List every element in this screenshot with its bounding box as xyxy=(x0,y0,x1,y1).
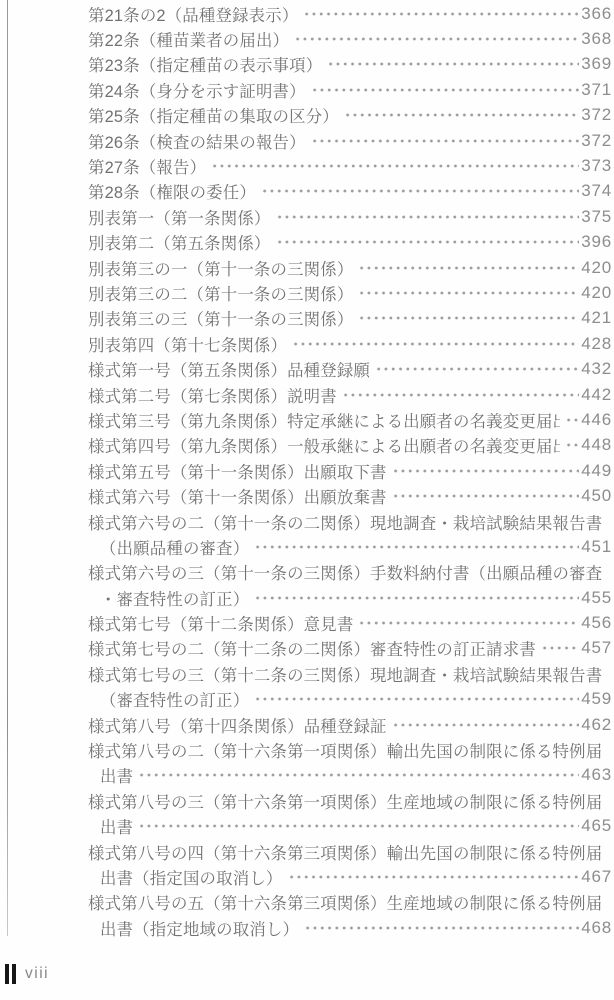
toc-entry-text: 出書 xyxy=(100,814,133,838)
toc-entry-text: 出書（指定国の取消し） xyxy=(100,865,283,889)
toc-entry: 別表第一（第一条関係）375 xyxy=(0,204,612,229)
toc-entry: 様式第六号の二（第十一条の二関係）現地調査・栽培試験結果報告書 xyxy=(0,509,612,534)
toc-page-number: 468 xyxy=(581,918,612,938)
toc-entry-text: 第27条（報告） xyxy=(88,154,206,178)
dot-leader xyxy=(138,814,579,839)
toc-entry-text: 様式第三号（第九条関係）特定承継による出願者の名義変更届出書 xyxy=(88,408,560,432)
toc-entry-text: 様式第八号の四（第十六条第三項関係）輸出先国の制限に係る特例届 xyxy=(88,840,602,864)
toc-entry: 第28条（権限の委任）374 xyxy=(0,179,612,204)
toc-entry: 様式第八号の五（第十六条第三項関係）生産地域の制限に係る特例届 xyxy=(0,890,612,915)
toc-page-number: 450 xyxy=(581,486,612,506)
toc-entry-text: （出願品種の審査） xyxy=(100,535,249,559)
toc-page-number: 462 xyxy=(581,715,612,735)
toc-entry-text: 様式第七号の三（第十二条の三関係）現地調査・栽培試験結果報告書 xyxy=(88,662,602,686)
toc-entry: 第25条（指定種苗の集取の区分）372 xyxy=(0,103,612,128)
toc-entry: 第24条（身分を示す証明書）371 xyxy=(0,77,612,102)
toc-entry-text: 出書 xyxy=(100,763,133,787)
toc-entry-text: 様式第八号の五（第十六条第三項関係）生産地域の制限に係る特例届 xyxy=(88,890,602,914)
toc-page-number: 449 xyxy=(581,461,612,481)
toc-entry-text: 第22条（種苗業者の届出） xyxy=(88,27,289,51)
toc-page-number: 366 xyxy=(581,4,612,24)
toc-entry-text: 別表第三の三（第十一条の三関係） xyxy=(88,306,353,330)
toc-entry-text: 別表第四（第十七条関係） xyxy=(88,332,287,356)
toc-entry: 様式第六号（第十一条関係）出願放棄書450 xyxy=(0,483,612,508)
toc-entry-text: 第21条の2（品種登録表示） xyxy=(88,2,298,26)
dot-leader xyxy=(294,26,579,51)
toc-entry: 様式第七号の二（第十二条の二関係）審査特性の訂正請求書457 xyxy=(0,636,612,661)
toc-entry-text: 様式第一号（第五条関係）品種登録願 xyxy=(88,357,370,381)
toc-page-number: 428 xyxy=(581,334,612,354)
dot-leader xyxy=(304,915,579,940)
toc-page-number: 373 xyxy=(581,156,612,176)
toc-page-number: 396 xyxy=(581,232,612,252)
dot-leader xyxy=(276,204,580,229)
toc-entry: 第26条（検査の結果の報告）372 xyxy=(0,128,612,153)
toc-page-number: 456 xyxy=(581,613,612,633)
dot-leader xyxy=(392,458,580,483)
toc-entry: 様式第七号の三（第十二条の三関係）現地調査・栽培試験結果報告書 xyxy=(0,661,612,686)
toc-entry: 別表第四（第十七条関係）428 xyxy=(0,331,612,356)
toc-entry-text: 別表第三の二（第十一条の三関係） xyxy=(88,281,353,305)
toc-entry: 様式第八号の三（第十六条第一項関係）生産地域の制限に係る特例届 xyxy=(0,788,612,813)
dot-leader xyxy=(261,179,579,204)
dot-leader xyxy=(358,306,579,331)
toc-page-number: 467 xyxy=(581,867,612,887)
double-bar-icon xyxy=(5,964,16,984)
toc-page-number: 372 xyxy=(581,105,612,125)
toc-entry-text: 別表第三の一（第十一条の三関係） xyxy=(88,256,353,280)
dot-leader xyxy=(254,687,579,712)
toc-entry-text: 第25条（指定種苗の集取の区分） xyxy=(88,103,339,127)
toc-entry: 第23条（指定種苗の表示事項）369 xyxy=(0,52,612,77)
dot-leader xyxy=(392,712,580,737)
toc-page-number: 465 xyxy=(581,816,612,836)
dot-leader xyxy=(288,864,580,889)
dot-leader xyxy=(292,331,579,356)
toc-page-number: 374 xyxy=(581,181,612,201)
toc-entry-continuation: 出書（指定地域の取消し）468 xyxy=(0,915,612,940)
toc-entry-continuation: 出書463 xyxy=(0,763,612,788)
dot-leader xyxy=(392,483,580,508)
toc-entry: 様式第六号の三（第十一条の三関係）手数料納付書（出願品種の審査 xyxy=(0,560,612,585)
toc-entry-text: 様式第八号の三（第十六条第一項関係）生産地域の制限に係る特例届 xyxy=(88,789,602,813)
toc-entry-text: 様式第四号（第九条関係）一般承継による出願者の名義変更届出書 xyxy=(88,433,560,457)
toc-entry-text: 別表第一（第一条関係） xyxy=(88,205,271,229)
toc-page-number: 446 xyxy=(581,410,612,430)
dot-leader xyxy=(541,636,579,661)
toc-entry: 別表第三の一（第十一条の三関係）420 xyxy=(0,255,612,280)
dot-leader xyxy=(276,230,580,255)
toc-entry: 第27条（報告）373 xyxy=(0,153,612,178)
toc-entry-text: 第28条（権限の委任） xyxy=(88,179,256,203)
toc-entry-text: 第23条（指定種苗の表示事項） xyxy=(88,52,322,76)
toc-page-number: 448 xyxy=(581,435,612,455)
toc-entry: 様式第八号の二（第十六条第一項関係）輸出先国の制限に係る特例届 xyxy=(0,737,612,762)
dot-leader xyxy=(375,356,579,381)
dot-leader xyxy=(254,534,579,559)
toc-entry-text: 様式第七号（第十二条関係）意見書 xyxy=(88,611,353,635)
dot-leader xyxy=(138,763,579,788)
toc-page-number: 369 xyxy=(581,54,612,74)
toc-entry-text: 別表第二（第五条関係） xyxy=(88,230,271,254)
toc-page-number: 372 xyxy=(581,131,612,151)
toc-page-number: 420 xyxy=(581,283,612,303)
toc-list: 第21条の2（品種登録表示）366第22条（種苗業者の届出）368第23条（指定… xyxy=(0,1,612,940)
toc-entry: 様式第一号（第五条関係）品種登録願432 xyxy=(0,356,612,381)
toc-entry: 様式第八号の四（第十六条第三項関係）輸出先国の制限に係る特例届 xyxy=(0,839,612,864)
dot-leader xyxy=(211,153,579,178)
dot-leader xyxy=(358,280,579,305)
toc-entry-text: 様式第八号（第十四条関係）品種登録証 xyxy=(88,713,387,737)
toc-entry: 様式第三号（第九条関係）特定承継による出願者の名義変更届出書446 xyxy=(0,407,612,432)
toc-entry-text: 出書（指定地域の取消し） xyxy=(100,916,299,940)
toc-entry: 別表第三の三（第十一条の三関係）421 xyxy=(0,306,612,331)
toc-entry: 別表第三の二（第十一条の三関係）420 xyxy=(0,280,612,305)
dot-leader xyxy=(311,77,580,102)
toc-entry-text: 第26条（検査の結果の報告） xyxy=(88,129,306,153)
toc-page-number: 457 xyxy=(581,638,612,658)
toc-page-number: 375 xyxy=(581,207,612,227)
toc-entry-continuation: 出書465 xyxy=(0,814,612,839)
page-footer: viii xyxy=(5,962,49,986)
dot-leader xyxy=(565,433,579,458)
toc-page-number: 432 xyxy=(581,359,612,379)
dot-leader xyxy=(254,585,579,610)
toc-entry-text: 様式第八号の二（第十六条第一項関係）輸出先国の制限に係る特例届 xyxy=(88,738,602,762)
toc-entry: 様式第四号（第九条関係）一般承継による出願者の名義変更届出書448 xyxy=(0,433,612,458)
toc-entry-text: 様式第六号の三（第十一条の三関係）手数料納付書（出願品種の審査 xyxy=(88,560,602,584)
toc-page-number: 463 xyxy=(581,765,612,785)
toc-entry-text: 様式第二号（第七条関係）説明書 xyxy=(88,383,337,407)
toc-page-number: 420 xyxy=(581,258,612,278)
toc-entry-continuation: （出願品種の審査）451 xyxy=(0,534,612,559)
toc-entry-text: 第24条（身分を示す証明書） xyxy=(88,78,306,102)
toc-entry-text: 様式第五号（第十一条関係）出願取下書 xyxy=(88,459,387,483)
toc-entry-text: ・審査特性の訂正） xyxy=(100,586,249,610)
toc-entry-text: 様式第七号の二（第十二条の二関係）審査特性の訂正請求書 xyxy=(88,636,536,660)
toc-entry: 様式第八号（第十四条関係）品種登録証462 xyxy=(0,712,612,737)
toc-page-number: 459 xyxy=(581,689,612,709)
toc-entry: 別表第二（第五条関係）396 xyxy=(0,230,612,255)
toc-entry-continuation: ・審査特性の訂正）455 xyxy=(0,585,612,610)
toc-page-number: 371 xyxy=(581,80,612,100)
toc-entry: 様式第五号（第十一条関係）出願取下書449 xyxy=(0,458,612,483)
dot-leader xyxy=(342,382,579,407)
toc-page-number: 442 xyxy=(581,385,612,405)
toc-page-number: 451 xyxy=(581,537,612,557)
scanned-toc-page: 第21条の2（品種登録表示）366第22条（種苗業者の届出）368第23条（指定… xyxy=(0,0,614,1000)
dot-leader xyxy=(327,52,579,77)
footer-page-number: viii xyxy=(25,965,49,983)
toc-entry: 第21条の2（品種登録表示）366 xyxy=(0,1,612,26)
toc-entry: 様式第二号（第七条関係）説明書442 xyxy=(0,382,612,407)
dot-leader xyxy=(303,1,579,26)
dot-leader xyxy=(344,103,579,128)
toc-entry-text: 様式第六号（第十一条関係）出願放棄書 xyxy=(88,484,387,508)
toc-page-number: 455 xyxy=(581,588,612,608)
toc-entry: 第22条（種苗業者の届出）368 xyxy=(0,26,612,51)
dot-leader xyxy=(358,255,579,280)
toc-page-number: 421 xyxy=(581,308,612,328)
dot-leader xyxy=(311,128,580,153)
toc-entry-text: （審査特性の訂正） xyxy=(100,687,249,711)
toc-page-number: 368 xyxy=(581,29,612,49)
toc-entry-continuation: 出書（指定国の取消し）467 xyxy=(0,864,612,889)
toc-entry: 様式第七号（第十二条関係）意見書456 xyxy=(0,610,612,635)
dot-leader xyxy=(358,610,579,635)
toc-entry-text: 様式第六号の二（第十一条の二関係）現地調査・栽培試験結果報告書 xyxy=(88,510,602,534)
dot-leader xyxy=(565,407,579,432)
toc-entry-continuation: （審査特性の訂正）459 xyxy=(0,687,612,712)
